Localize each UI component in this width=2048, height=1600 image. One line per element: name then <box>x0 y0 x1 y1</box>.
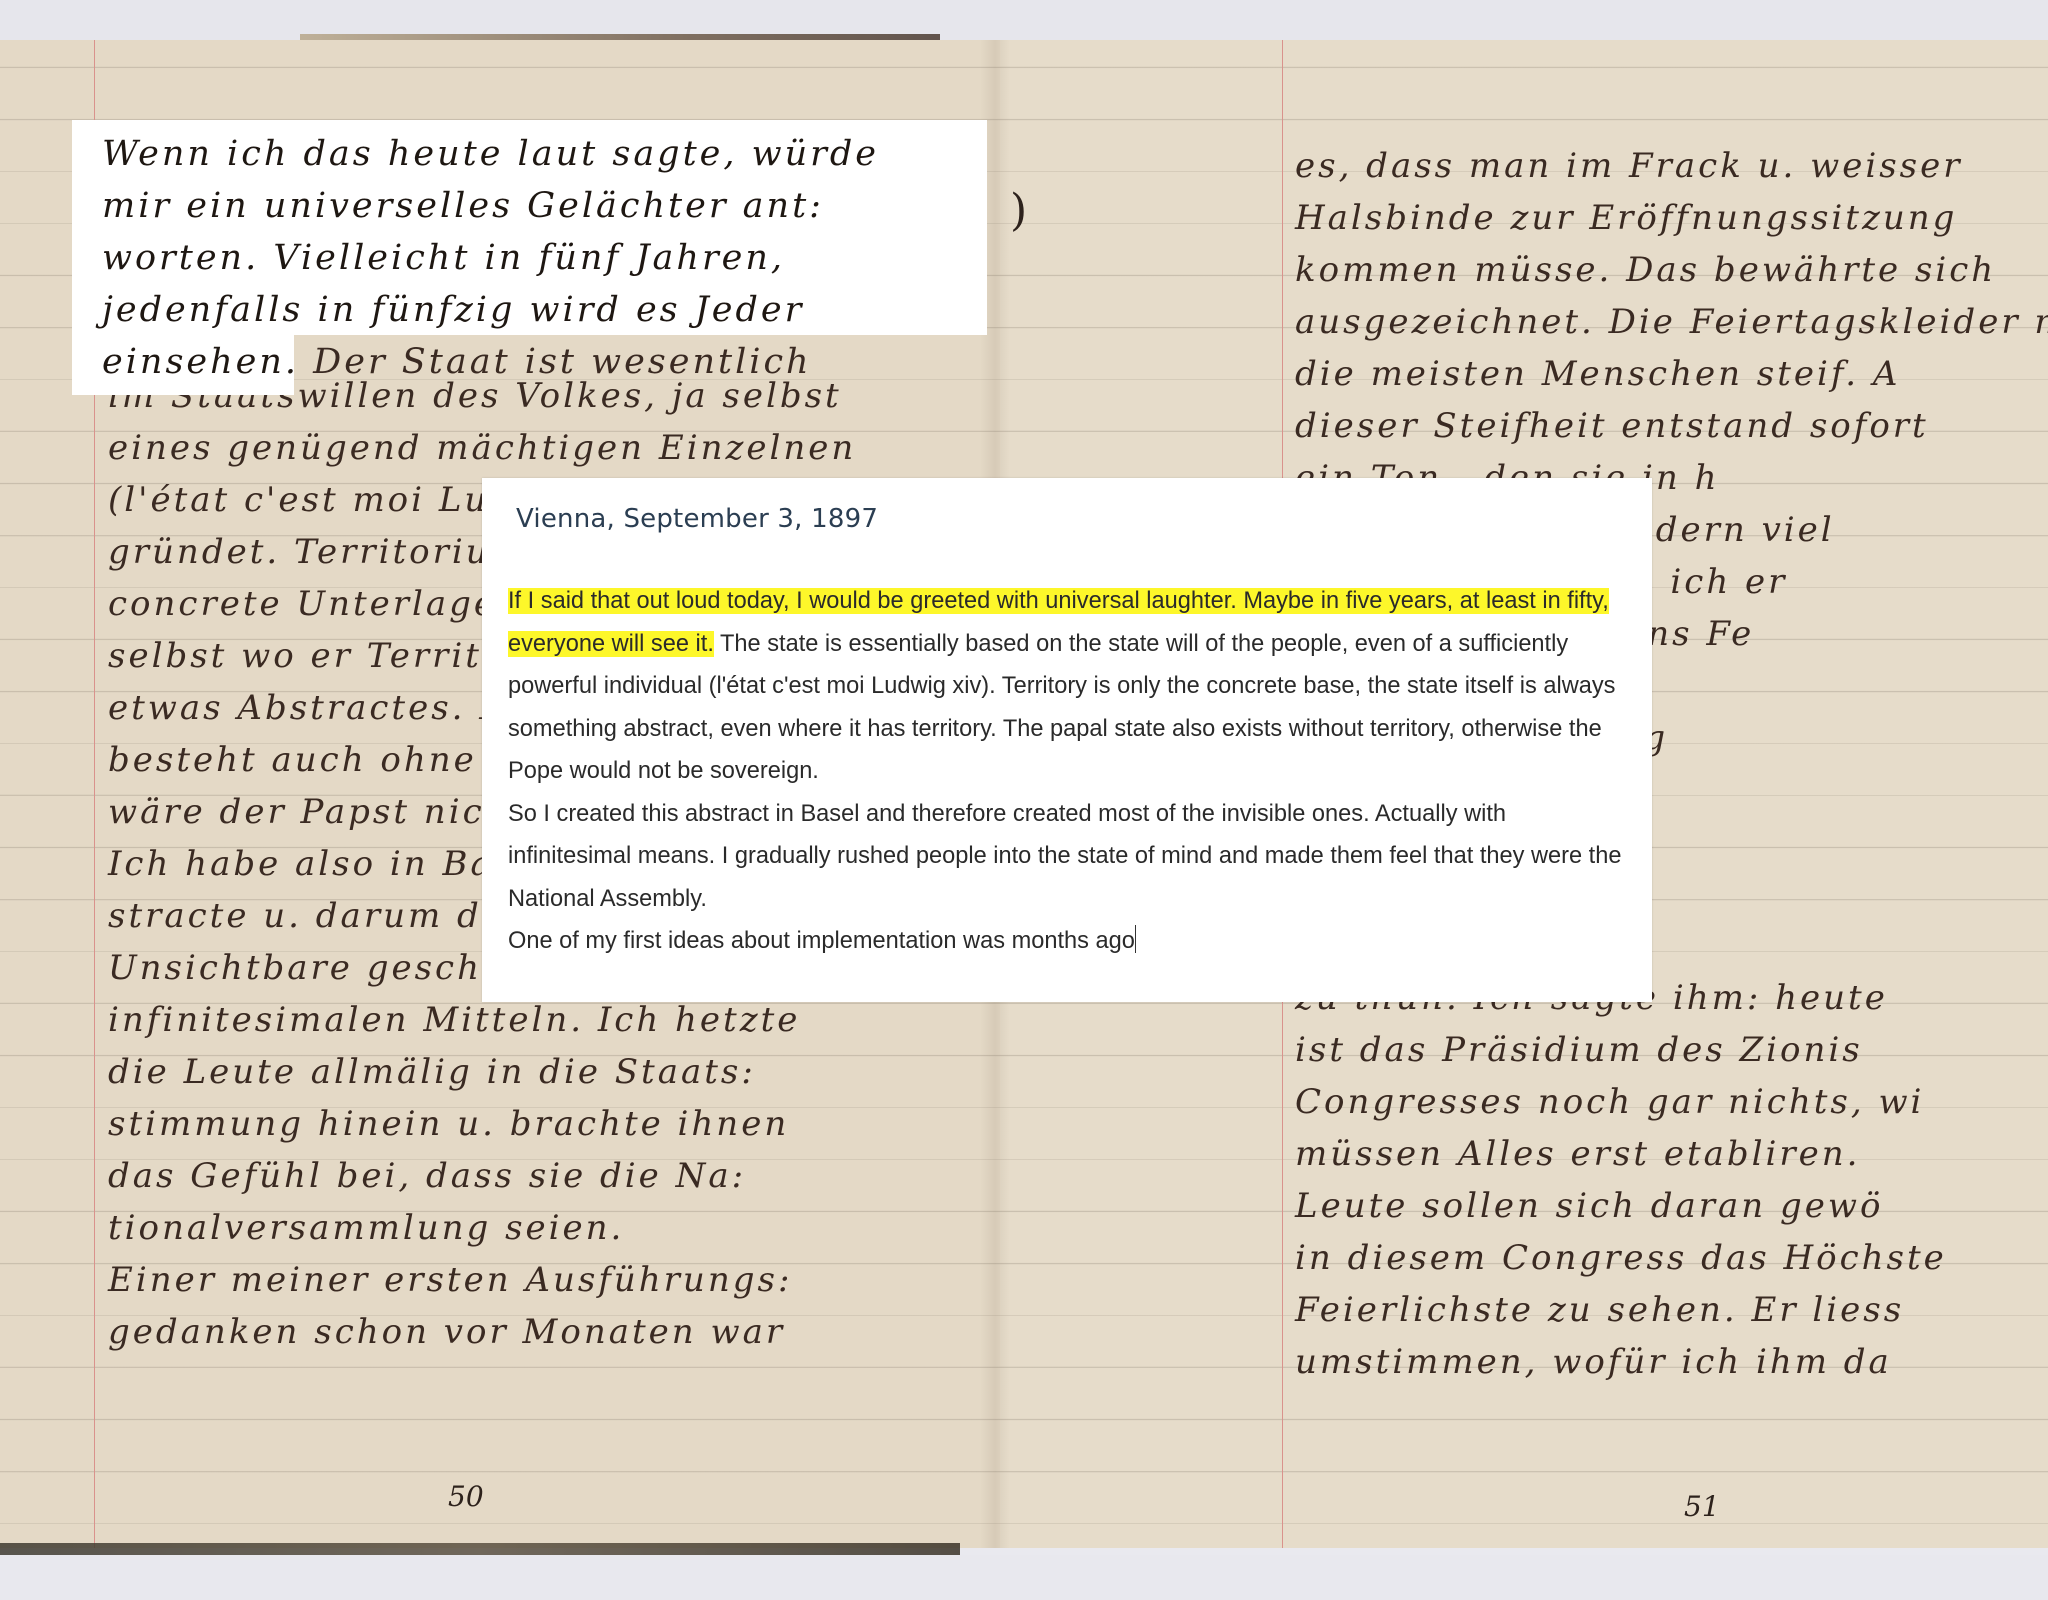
handwritten-line: es, dass man im Frack u. weisser <box>1295 140 2048 192</box>
handwritten-line: Halsbinde zur Eröffnungssitzung <box>1295 192 2048 244</box>
handwritten-line: in diesem Congress das Höchste <box>1295 1232 2048 1284</box>
handwritten-line: eines genügend mächtigen Einzelnen <box>108 422 897 474</box>
translation-body[interactable]: If I said that out loud today, I would b… <box>508 580 1630 963</box>
handwritten-line: Einer meiner ersten Ausführungs: <box>108 1254 897 1306</box>
excerpt-line: Wenn ich das heute laut sagte, würde <box>102 128 879 180</box>
excerpt-line: worten. Vielleicht in fünf Jahren, <box>102 232 879 284</box>
handwritten-line: Congresses noch gar nichts, wi <box>1295 1076 2048 1128</box>
excerpt-last-words: einsehen. <box>102 342 299 382</box>
translation-paragraph: So I created this abstract in Basel and … <box>508 793 1630 921</box>
handwritten-line: das Gefühl bei, dass sie die Na: <box>108 1150 897 1202</box>
left-page-number: 50 <box>448 1480 484 1513</box>
handwritten-line: stimmung hinein u. brachte ihnen <box>108 1098 897 1150</box>
excerpt-line: mir ein universelles Gelächter ant: <box>102 180 879 232</box>
book-cover-bottom-edge <box>0 1543 960 1555</box>
handwritten-line: umstimmen, wofür ich ihm da <box>1295 1336 2048 1388</box>
handwritten-line: kommen müsse. Das bewährte sich <box>1295 244 2048 296</box>
handwritten-line: dieser Steifheit entstand sofort <box>1295 400 2048 452</box>
handwritten-line: gedanken schon vor Monaten war <box>108 1306 897 1358</box>
translation-title: Vienna, September 3, 1897 <box>516 504 878 534</box>
text-cursor <box>1135 925 1136 953</box>
ink-bracket-mark: ) <box>1010 185 1027 236</box>
translation-paragraph: One of my first ideas about implementati… <box>508 920 1630 963</box>
excerpt-continuation: Der Staat ist wesentlich <box>299 342 812 382</box>
excerpt-line: jedenfalls in fünfzig wird es Jeder <box>102 284 879 336</box>
handwritten-line: ist das Präsidium des Zionis <box>1295 1024 2048 1076</box>
translation-paragraph: If I said that out loud today, I would b… <box>508 580 1630 793</box>
highlighted-original-excerpt: Wenn ich das heute laut sagte, würdemir … <box>102 128 879 388</box>
right-page-number: 51 <box>1684 1490 1720 1523</box>
handwritten-line: tionalversammlung seien. <box>108 1202 897 1254</box>
handwritten-line: Leute sollen sich daran gewö <box>1295 1180 2048 1232</box>
translation-card: Vienna, September 3, 1897 If I said that… <box>482 478 1652 1002</box>
handwritten-line: die meisten Menschen steif. A <box>1295 348 2048 400</box>
handwritten-line: ausgezeichnet. Die Feiertagskleider mach… <box>1295 296 2048 348</box>
backdrop-bottom <box>0 1555 2048 1600</box>
translation-text: One of my first ideas about implementati… <box>508 928 1135 954</box>
handwritten-line: Feierlichste zu sehen. Er liess <box>1295 1284 2048 1336</box>
handwritten-line: die Leute allmälig in die Staats: <box>108 1046 897 1098</box>
excerpt-line: einsehen. Der Staat ist wesentlich <box>102 336 879 388</box>
handwritten-line: müssen Alles erst etabliren. <box>1295 1128 2048 1180</box>
